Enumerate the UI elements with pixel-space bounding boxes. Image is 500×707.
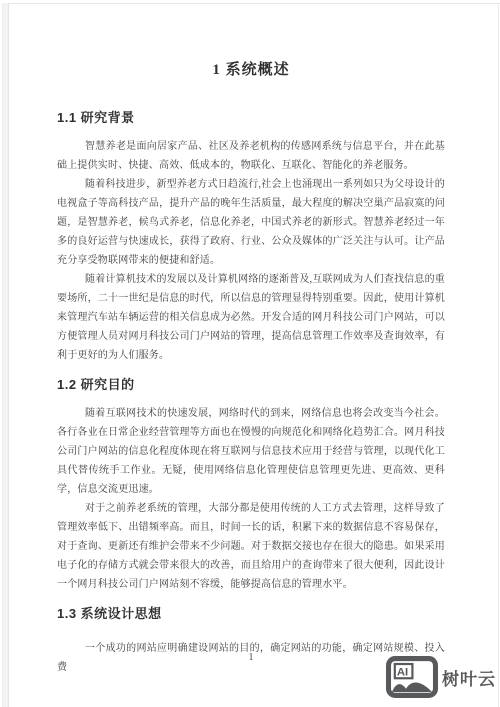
- ai-image-icon: AI: [386, 656, 438, 698]
- watermark-logo-text: AI: [397, 667, 408, 679]
- watermark-brand: 树叶云: [442, 665, 496, 690]
- document-page: 1 系统概述 1.1 研究背景 智慧养老是面向居家产品、社区及养老机构的传感网系…: [0, 0, 500, 707]
- page-content: 1 系统概述 1.1 研究背景 智慧养老是面向居家产品、社区及养老机构的传感网系…: [0, 0, 500, 677]
- section-1-2: 1.2 研究目的 随着互联网技术的快速发展，网络时代的到来，网络信息也将会改变当…: [57, 374, 445, 594]
- section-heading-1-2: 1.2 研究目的: [57, 374, 445, 393]
- section-heading-1-3: 1.3 系统设计思想: [57, 603, 445, 622]
- watermark: AI 树叶云: [386, 656, 496, 698]
- paragraph: 随着互联网技术的快速发展，网络时代的到来，网络信息也将会改变当今社会。各行各业在…: [57, 404, 445, 499]
- paragraph: 随着科技进步，新型养老方式日趋流行,社会上也涌现出一系列如只为父母设计的电视盒子…: [57, 175, 445, 270]
- page-title: 1 系统概述: [57, 0, 445, 79]
- paragraph: 随着计算机技术的发展以及计算机网络的逐渐普及,互联网成为人们查找信息的重要场所，…: [57, 270, 445, 365]
- paragraph: 对于之前养老系统的管理，大部分都是使用传统的人工方式去管理，这样导致了管理效率低…: [57, 499, 445, 594]
- paragraph: 智慧养老是面向居家产品、社区及养老机构的传感网系统与信息平台，并在此基础上提供实…: [57, 137, 445, 175]
- section-1-1: 1.1 研究背景 智慧养老是面向居家产品、社区及养老机构的传感网系统与信息平台，…: [57, 107, 445, 365]
- section-heading-1-1: 1.1 研究背景: [57, 107, 445, 126]
